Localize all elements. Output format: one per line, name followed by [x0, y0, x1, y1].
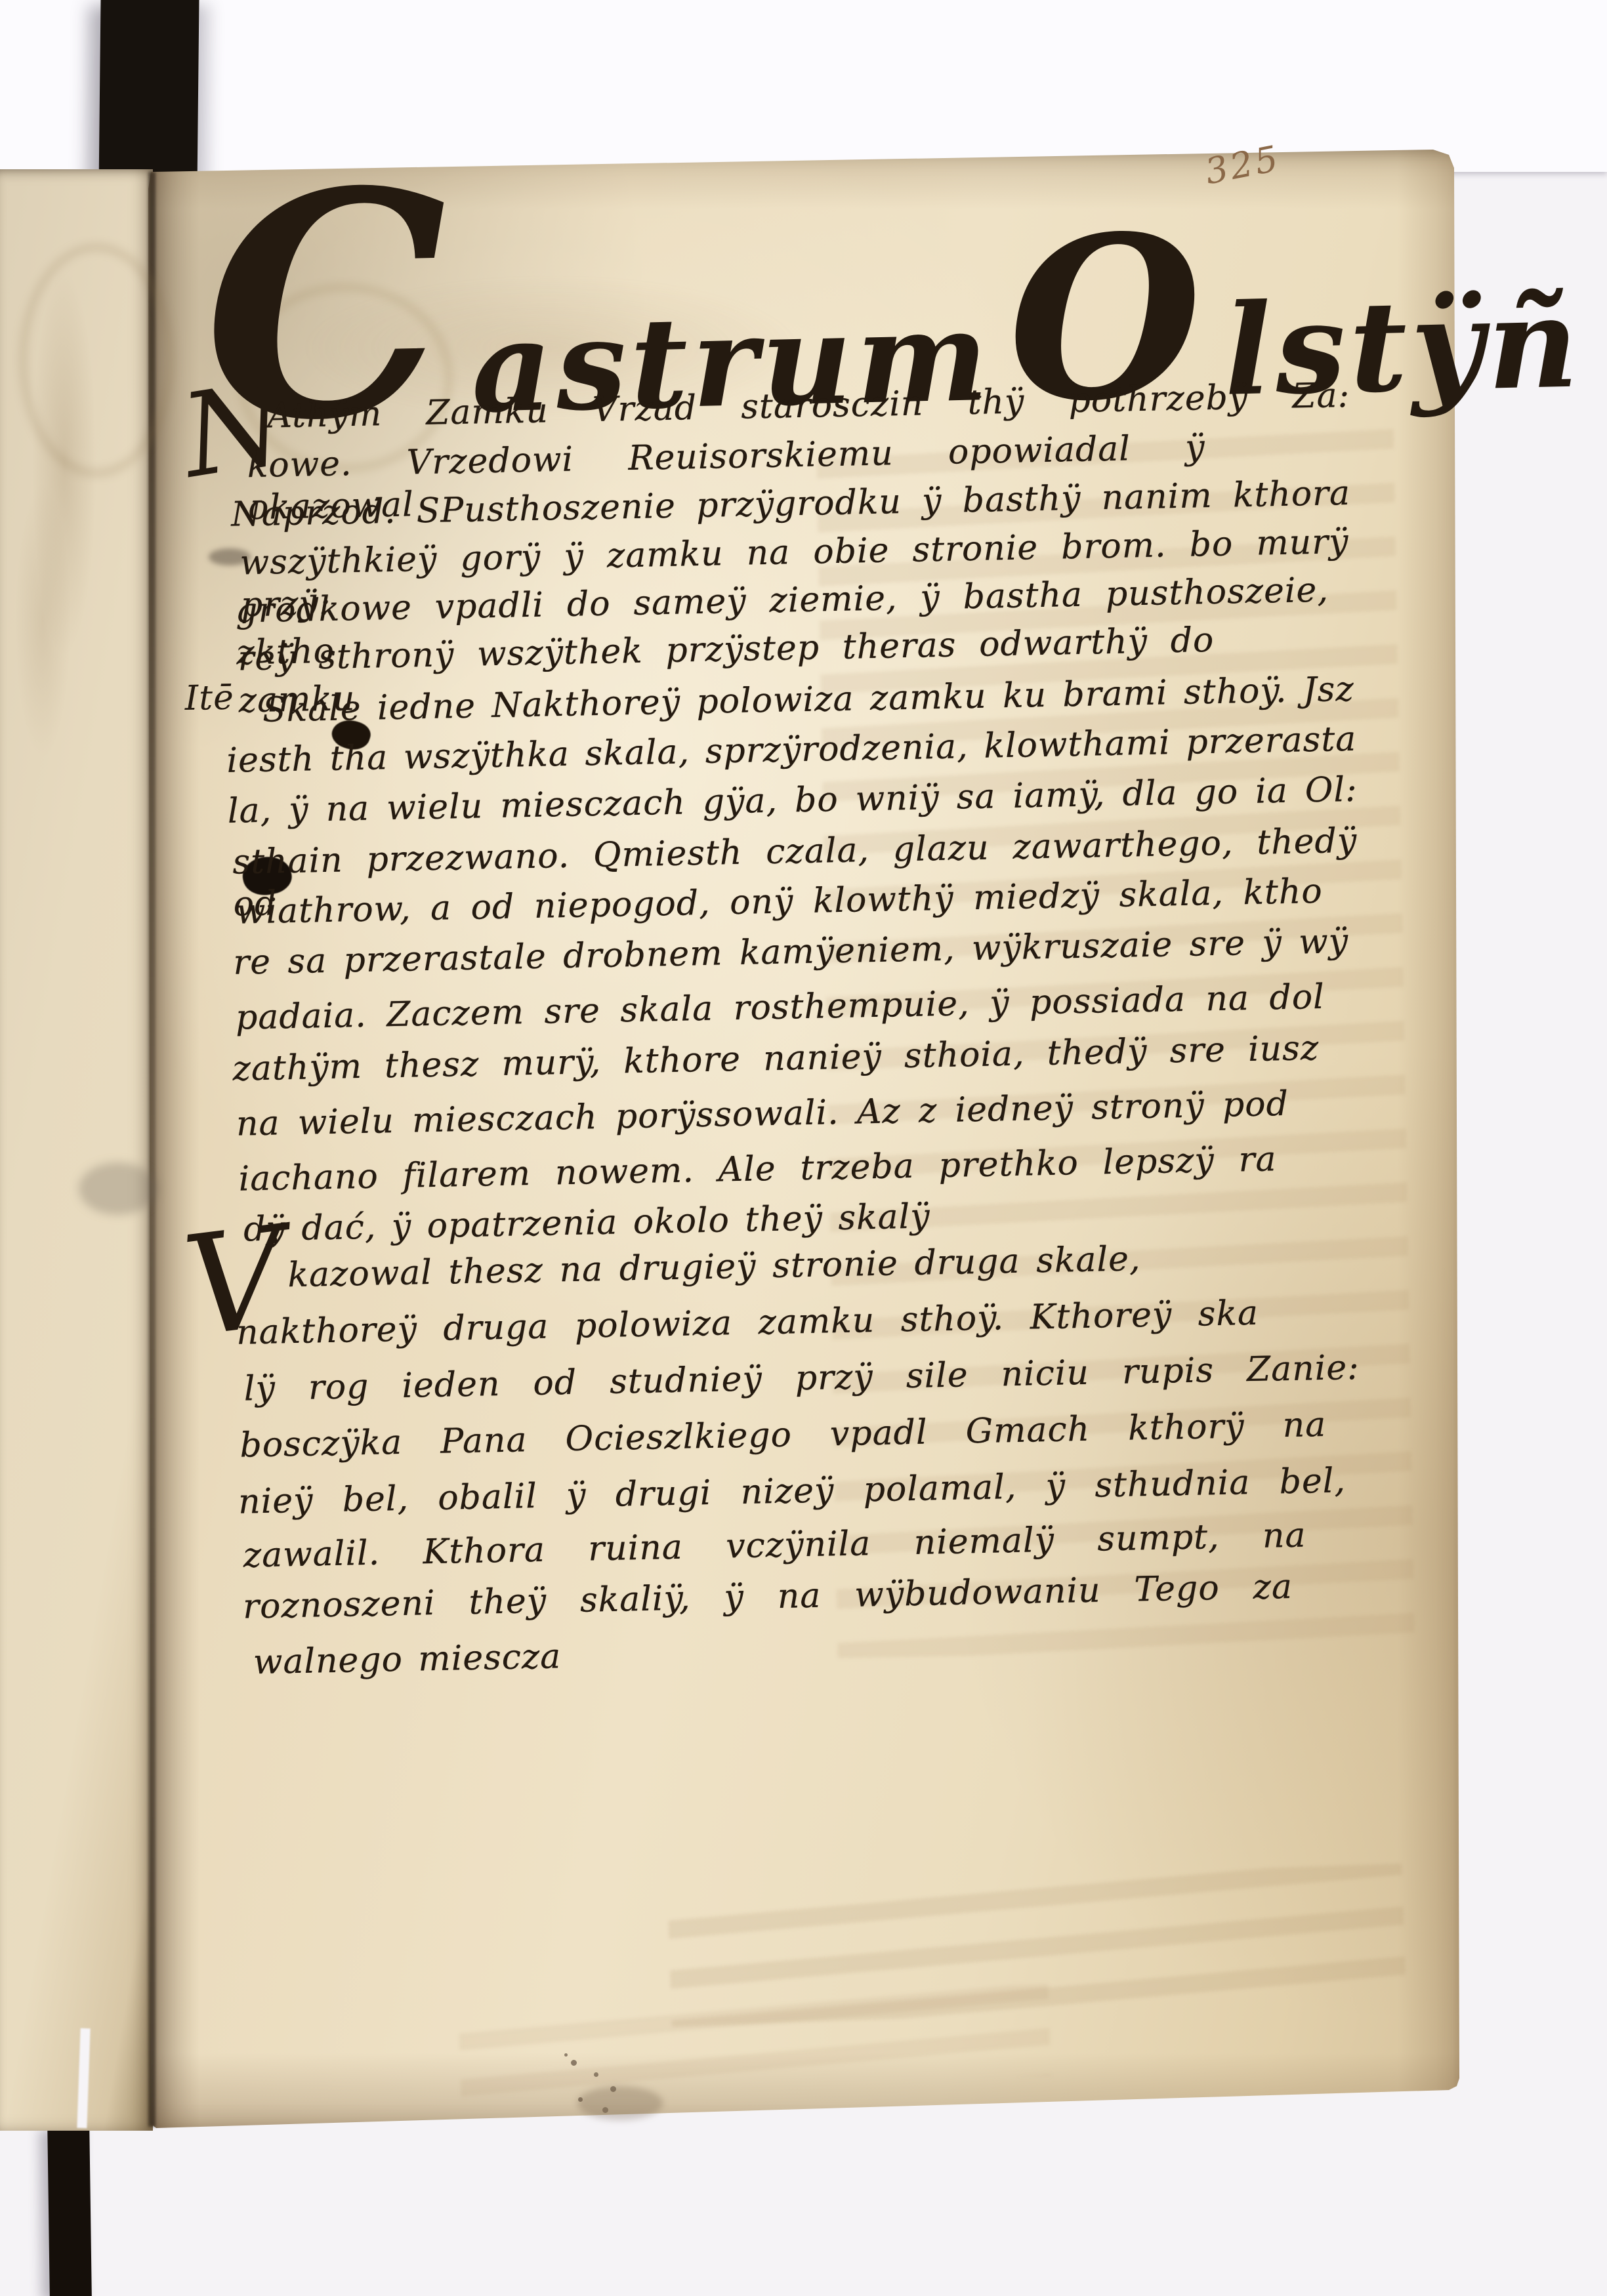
text-line: lÿ rog ieden od studnieÿ przÿ sile niciu…	[243, 1347, 1360, 1410]
text-line: nieÿ bel, obalil ÿ drugi nizeÿ polamal, …	[238, 1460, 1346, 1523]
text-line: zathÿm thesz murÿ, kthore nanieÿ sthoia,…	[232, 1027, 1320, 1090]
text-line: nakthoreÿ druga polowiza zamku sthoÿ. Kt…	[236, 1292, 1259, 1354]
text-line: padaia. Zaczem sre skala rosthempuie, ÿ …	[235, 976, 1325, 1039]
text-line: na wielu miesczach porÿssowali. Az z ied…	[236, 1083, 1289, 1145]
text-line: roznoszeni theÿ skaliÿ, ÿ na wÿbudowaniu…	[243, 1566, 1293, 1628]
handwritten-text-layer: C astrum O lstÿñ 325 N Athÿm Zamku Vrzad…	[0, 0, 1607, 2296]
text-line: walnego miescza	[253, 1633, 713, 1683]
text-line: iachano filarem nowem. Ale trzeba prethk…	[238, 1138, 1277, 1200]
text-line: bosczÿka Pana Ocieszlkiego vpadl Gmach k…	[240, 1404, 1327, 1467]
item-margin-mark: Itē	[184, 678, 234, 718]
text-line: zawalil. Kthora ruina vczÿnila niemalÿ s…	[243, 1514, 1306, 1576]
